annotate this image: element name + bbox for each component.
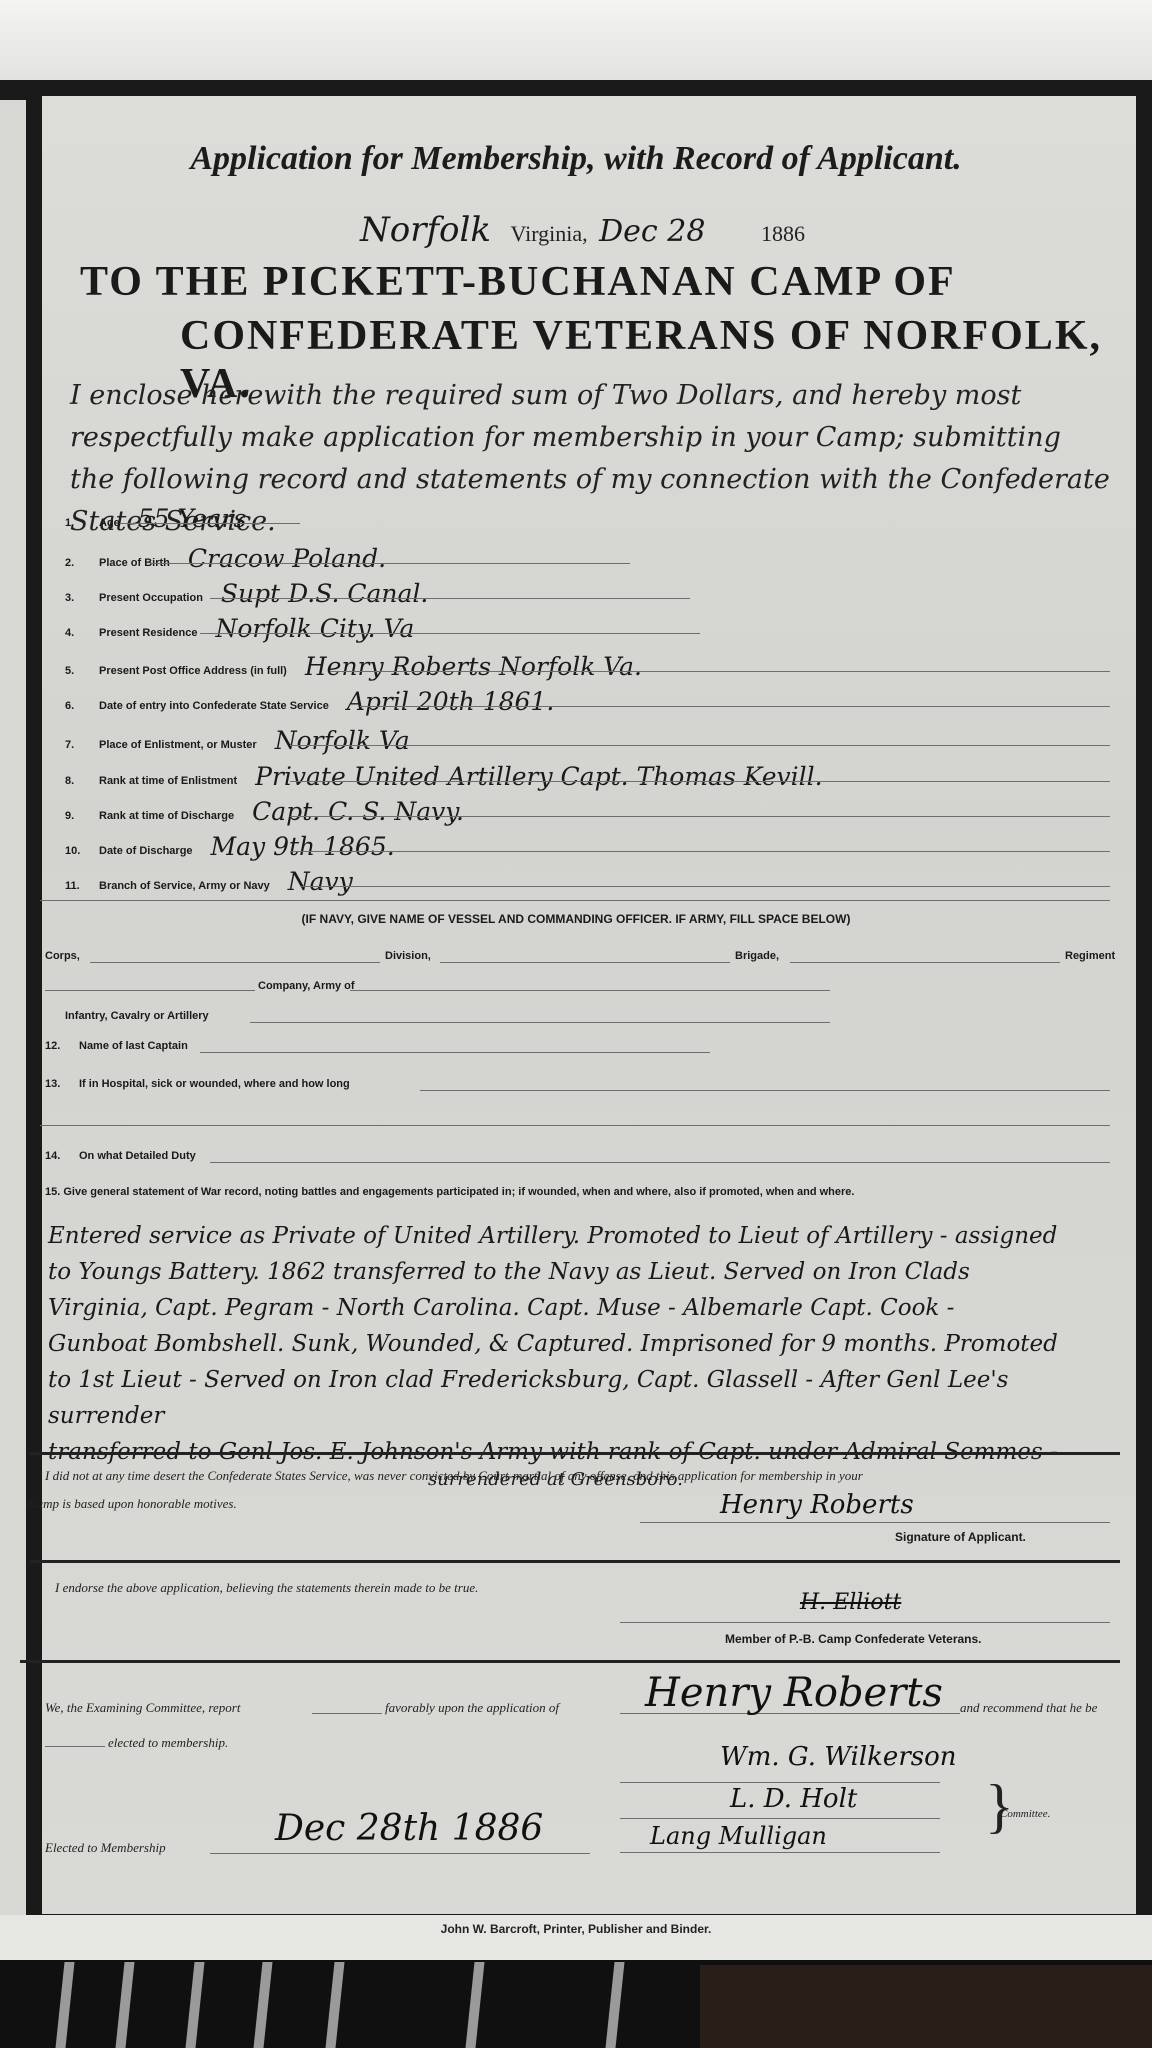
committee-member-3: Lang Mulligan bbox=[650, 1822, 827, 1850]
war-record-line: to Youngs Battery. 1862 transferred to t… bbox=[48, 1254, 1118, 1290]
committee-label: Committee. bbox=[1000, 1808, 1050, 1820]
printer-credit: John W. Barcroft, Printer, Publisher and… bbox=[0, 1922, 1152, 1936]
background-top bbox=[0, 0, 1152, 80]
field-date-of-entry: 6.Date of entry into Confederate State S… bbox=[65, 683, 554, 712]
state-label: Virginia, bbox=[511, 221, 588, 246]
place-handwritten: Norfolk bbox=[360, 210, 491, 250]
label-branch-army: Infantry, Cavalry or Artillery bbox=[65, 1010, 209, 1022]
date-line: Norfolk Virginia, Dec 28 1886 bbox=[360, 210, 1120, 250]
label-corps: Corps, bbox=[45, 950, 80, 962]
committee-member-1: Wm. G. Wilkerson bbox=[720, 1742, 957, 1772]
war-record-line: Entered service as Private of United Art… bbox=[48, 1218, 1118, 1254]
war-record-line: to 1st Lieut - Served on Iron clad Frede… bbox=[48, 1362, 1118, 1434]
committee-brace: } bbox=[985, 1772, 1014, 1841]
committee-member-2: L. D. Holt bbox=[730, 1784, 857, 1814]
adjacent-page-edge bbox=[0, 100, 26, 1930]
signature-of-applicant-label: Signature of Applicant. bbox=[895, 1530, 1026, 1544]
label-brigade: Brigade, bbox=[735, 950, 779, 962]
camp-heading-line1: TO THE PICKETT-BUCHANAN CAMP OF bbox=[80, 258, 956, 306]
field-detailed-duty: 14.On what Detailed Duty bbox=[45, 1150, 196, 1162]
field-occupation: 3.Present OccupationSupt D.S. Canal. bbox=[65, 575, 428, 604]
label-division: Division, bbox=[385, 950, 431, 962]
field-hospital: 13.If in Hospital, sick or wounded, wher… bbox=[45, 1078, 350, 1090]
field-date-of-discharge: 10.Date of DischargeMay 9th 1865. bbox=[65, 828, 395, 857]
elected-label: Elected to Membership bbox=[45, 1840, 166, 1856]
war-record-line: Virginia, Capt. Pegram - North Carolina.… bbox=[48, 1290, 1118, 1326]
elected-date-handwritten: Dec 28th 1886 bbox=[275, 1808, 543, 1849]
date-handwritten: Dec 28 bbox=[599, 214, 705, 249]
committee-text-d: elected to membership. bbox=[108, 1735, 228, 1751]
field-rank-discharge: 9.Rank at time of DischargeCapt. C. S. N… bbox=[65, 793, 464, 822]
field-rank-enlistment: 8.Rank at time of EnlistmentPrivate Unit… bbox=[65, 758, 823, 787]
field-branch: 11.Branch of Service, Army or NavyNavy bbox=[65, 863, 353, 892]
applicant-signature: Henry Roberts bbox=[720, 1490, 914, 1520]
label-company: Company, Army of bbox=[258, 980, 355, 992]
committee-text-c: and recommend that he be bbox=[960, 1700, 1097, 1716]
war-record-prompt: 15. Give general statement of War record… bbox=[45, 1183, 1115, 1201]
navy-army-instruction: (IF NAVY, GIVE NAME OF VESSEL AND COMMAN… bbox=[0, 912, 1152, 926]
label-regiment: Regiment bbox=[1065, 950, 1115, 962]
year: 1886 bbox=[761, 221, 805, 246]
background-bottom-right bbox=[700, 1965, 1152, 2048]
war-record-statement: Entered service as Private of United Art… bbox=[48, 1218, 1118, 1490]
field-last-captain: 12.Name of last Captain bbox=[45, 1040, 188, 1052]
field-residence: 4.Present ResidenceNorfolk City. Va bbox=[65, 610, 414, 639]
field-post-office: 5.Present Post Office Address (in full)H… bbox=[65, 648, 642, 677]
endorser-signature: H. Elliott bbox=[800, 1590, 901, 1615]
field-age: 1.Age55 Years bbox=[65, 500, 246, 529]
applicant-name-handwritten: Henry Roberts bbox=[645, 1670, 943, 1716]
member-label: Member of P.-B. Camp Confederate Veteran… bbox=[725, 1632, 982, 1646]
committee-text-a: We, the Examining Committee, report bbox=[45, 1700, 240, 1716]
declaration-line1: I did not at any time desert the Confede… bbox=[45, 1468, 1125, 1484]
field-place-of-enlistment: 7.Place of Enlistment, or MusterNorfolk … bbox=[65, 722, 410, 751]
endorsement-text: I endorse the above application, believi… bbox=[55, 1580, 478, 1596]
declaration-line2: Camp is based upon honorable motives. bbox=[28, 1496, 237, 1512]
form-title: Application for Membership, with Record … bbox=[0, 140, 1152, 178]
committee-text-b: favorably upon the application of bbox=[385, 1700, 559, 1716]
war-record-line: Gunboat Bombshell. Sunk, Wounded, & Capt… bbox=[48, 1326, 1118, 1362]
field-place-of-birth: 2.Place of BirthCracow Poland. bbox=[65, 540, 386, 569]
